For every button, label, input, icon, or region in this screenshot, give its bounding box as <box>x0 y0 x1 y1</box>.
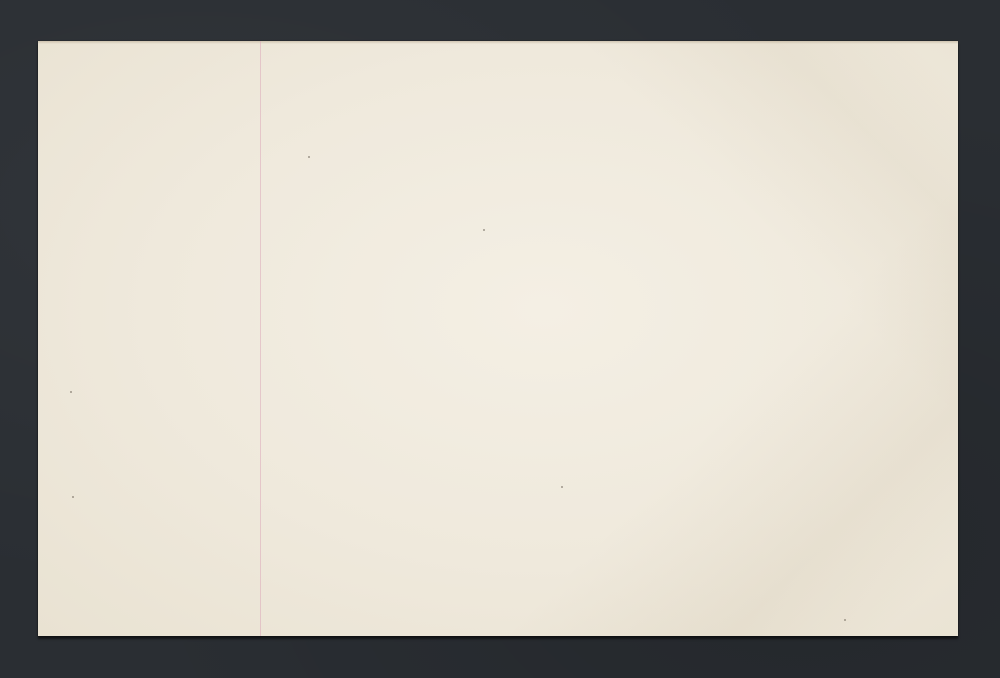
paper-speck <box>308 156 310 158</box>
blank-paper-card <box>38 41 958 636</box>
paper-speck <box>70 391 72 393</box>
paper-speck <box>72 496 74 498</box>
paper-speck <box>844 619 846 621</box>
vertical-margin-rule <box>260 41 261 636</box>
paper-speck <box>561 486 563 488</box>
paper-speck <box>483 229 485 231</box>
